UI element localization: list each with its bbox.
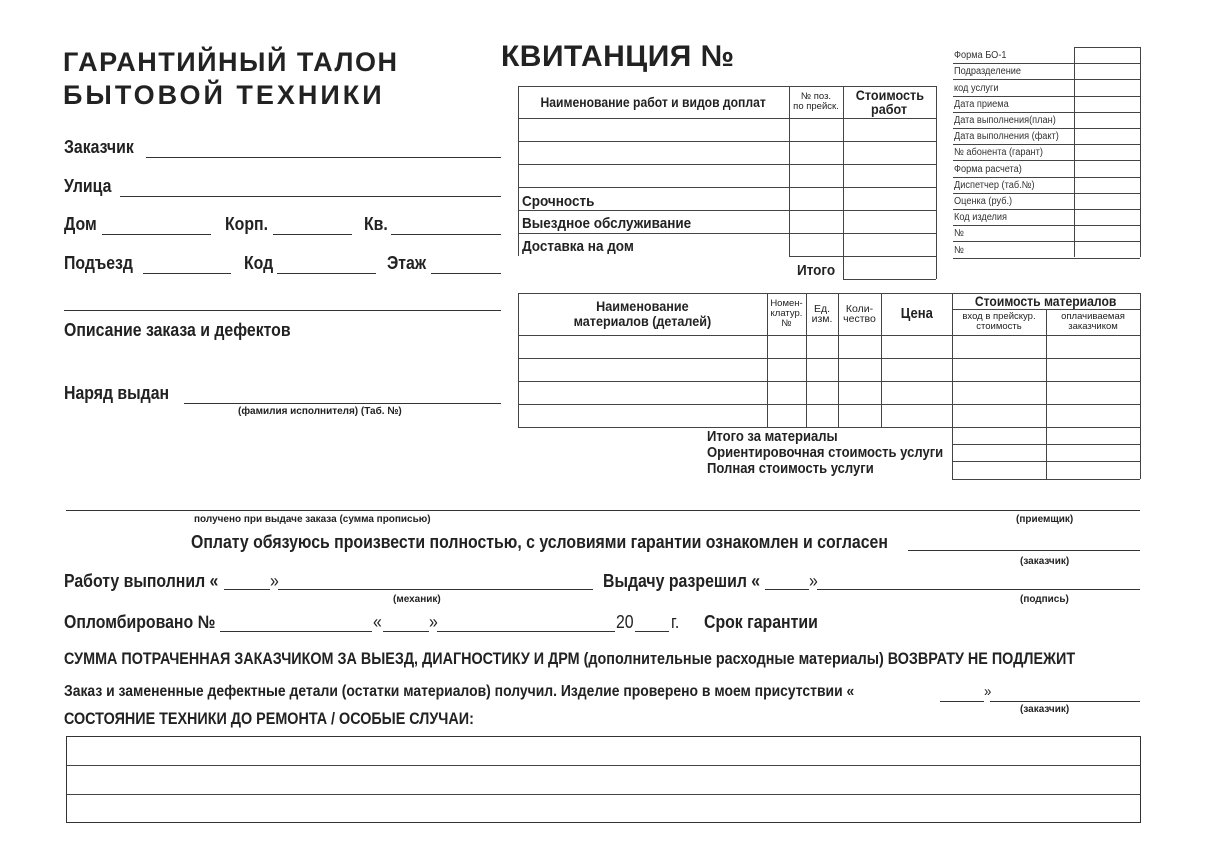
received-quote: » bbox=[984, 683, 991, 700]
sealed-month-field[interactable] bbox=[437, 631, 615, 632]
year-field[interactable] bbox=[635, 631, 669, 632]
receiver-hint: (приемщик) bbox=[1016, 513, 1073, 525]
customer-signature-field[interactable] bbox=[908, 550, 1140, 551]
sealed-quote-open: « bbox=[373, 612, 382, 633]
material-nomenclature-cell[interactable] bbox=[768, 405, 806, 427]
received-day-field[interactable] bbox=[940, 701, 984, 702]
sealed-number-field[interactable] bbox=[220, 631, 372, 632]
works-header-pos: № поз. по прейск. bbox=[789, 86, 843, 118]
works-row-delivery[interactable]: Доставка на дом bbox=[522, 238, 634, 255]
work-done-field[interactable] bbox=[278, 589, 593, 590]
form-info-label: № абонента (гарант) bbox=[954, 147, 1043, 158]
form-info-label: Оценка (руб.) bbox=[954, 196, 1012, 207]
material-cost-paid-cell[interactable] bbox=[1047, 359, 1140, 381]
material-nomenclature-cell[interactable] bbox=[768, 336, 806, 358]
summary-pricelist-cell[interactable] bbox=[953, 462, 1046, 479]
works-cost-cell[interactable] bbox=[844, 165, 936, 187]
mechanic-hint: (механик) bbox=[393, 593, 441, 605]
works-pos-cell[interactable] bbox=[790, 119, 843, 141]
condition-box bbox=[66, 736, 1141, 823]
materials-header-quantity: Коли- чество bbox=[838, 293, 881, 335]
materials-summary-estimate: Ориентировочная стоимость услуги bbox=[707, 446, 943, 461]
material-quantity-cell[interactable] bbox=[839, 359, 881, 381]
material-nomenclature-cell[interactable] bbox=[768, 382, 806, 404]
works-name-cell[interactable] bbox=[519, 165, 788, 187]
sealed-day-field[interactable] bbox=[383, 631, 429, 632]
works-pos-cell[interactable] bbox=[790, 165, 843, 187]
material-unit-cell[interactable] bbox=[807, 382, 838, 404]
form-info-label: Дата выполнения (факт) bbox=[954, 131, 1059, 142]
sealed-quote-close: » bbox=[429, 612, 438, 633]
non-refund-text: СУММА ПОТРАЧЕННАЯ ЗАКАЗЧИКОМ ЗА ВЫЕЗД, Д… bbox=[64, 650, 1075, 669]
material-unit-cell[interactable] bbox=[807, 359, 838, 381]
warranty-period-label: Срок гарантии bbox=[704, 612, 818, 633]
form-info-value[interactable] bbox=[1075, 113, 1139, 128]
received-hint: получено при выдаче заказа (сумма пропис… bbox=[194, 513, 431, 525]
works-cost-cell[interactable] bbox=[844, 119, 936, 141]
materials-header-price: Цена bbox=[881, 293, 952, 335]
form-info-label: Диспетчер (таб.№) bbox=[954, 180, 1035, 191]
form-info-label: № bbox=[954, 245, 964, 256]
material-name-cell[interactable] bbox=[519, 382, 767, 404]
material-quantity-cell[interactable] bbox=[839, 405, 881, 427]
signature-hint: (подпись) bbox=[1020, 593, 1069, 605]
material-name-cell[interactable] bbox=[519, 405, 767, 427]
customer-hint: (заказчик) bbox=[1020, 555, 1069, 567]
form-info-label: Код изделия bbox=[954, 212, 1007, 223]
form-info-value[interactable] bbox=[1075, 178, 1139, 193]
apartment-field[interactable] bbox=[391, 234, 501, 235]
material-cost-paid-cell[interactable] bbox=[1047, 336, 1140, 358]
form-info-value[interactable] bbox=[1075, 80, 1139, 95]
material-cost-pricelist-cell[interactable] bbox=[953, 405, 1046, 427]
form-info-value[interactable] bbox=[1075, 226, 1139, 241]
works-header-cost: Стоимость работ bbox=[843, 86, 936, 118]
form-info-value[interactable] bbox=[1075, 48, 1139, 63]
works-cost-cell[interactable] bbox=[844, 188, 936, 210]
material-cost-pricelist-cell[interactable] bbox=[953, 382, 1046, 404]
works-row-urgency[interactable]: Срочность bbox=[522, 193, 594, 210]
material-price-cell[interactable] bbox=[882, 382, 952, 404]
summary-pricelist-cell[interactable] bbox=[953, 428, 1046, 444]
works-cost-cell[interactable] bbox=[844, 211, 936, 233]
form-info-value[interactable] bbox=[1075, 129, 1139, 144]
condition-row[interactable] bbox=[67, 795, 1140, 823]
street-label: Улица bbox=[64, 176, 111, 197]
materials-summary-full: Полная стоимость услуги bbox=[707, 462, 874, 477]
material-unit-cell[interactable] bbox=[807, 405, 838, 427]
form-info-value[interactable] bbox=[1075, 210, 1139, 225]
material-price-cell[interactable] bbox=[882, 359, 952, 381]
summary-paid-cell[interactable] bbox=[1047, 462, 1140, 479]
form-info-label: Форма расчета) bbox=[954, 164, 1022, 175]
material-quantity-cell[interactable] bbox=[839, 336, 881, 358]
order-issued-label: Наряд выдан bbox=[64, 383, 169, 404]
form-info-value[interactable] bbox=[1075, 64, 1139, 79]
material-cost-pricelist-cell[interactable] bbox=[953, 336, 1046, 358]
material-price-cell[interactable] bbox=[882, 336, 952, 358]
form-info-value[interactable] bbox=[1075, 145, 1139, 160]
entrance-field[interactable] bbox=[143, 273, 231, 274]
material-quantity-cell[interactable] bbox=[839, 382, 881, 404]
house-field[interactable] bbox=[102, 234, 211, 235]
form-info-value[interactable] bbox=[1075, 161, 1139, 176]
material-price-cell[interactable] bbox=[882, 405, 952, 427]
year-prefix: 20 bbox=[616, 612, 634, 633]
form-info-label: № bbox=[954, 228, 964, 239]
release-field[interactable] bbox=[817, 589, 1140, 590]
material-unit-cell[interactable] bbox=[807, 336, 838, 358]
code-field[interactable] bbox=[277, 273, 376, 274]
payment-text: Оплату обязуюсь произвести полностью, с … bbox=[191, 532, 888, 553]
street-field[interactable] bbox=[120, 196, 501, 197]
warranty-title-line2: БЫТОВОЙ ТЕХНИКИ bbox=[63, 80, 385, 111]
works-header-name: Наименование работ и видов доплат bbox=[518, 86, 789, 118]
floor-field[interactable] bbox=[431, 273, 501, 274]
materials-header-cost-pricelist: вход в прейскур. стоимость bbox=[952, 309, 1046, 335]
order-issued-hint: (фамилия исполнителя) (Таб. №) bbox=[238, 405, 402, 417]
form-info-value[interactable] bbox=[1075, 242, 1139, 257]
summary-paid-cell[interactable] bbox=[1047, 428, 1140, 444]
form-info-label: Подразделение bbox=[954, 66, 1021, 77]
form-info-label: код услуги bbox=[954, 83, 999, 94]
material-cost-paid-cell[interactable] bbox=[1047, 382, 1140, 404]
summary-paid-cell[interactable] bbox=[1047, 445, 1140, 461]
condition-label: СОСТОЯНИЕ ТЕХНИКИ ДО РЕМОНТА / ОСОБЫЕ СЛ… bbox=[64, 710, 474, 729]
building-field[interactable] bbox=[273, 234, 352, 235]
house-label: Дом bbox=[64, 214, 97, 235]
customer-field[interactable] bbox=[146, 157, 501, 158]
works-cost-cell[interactable] bbox=[844, 142, 936, 164]
customer-hint-2: (заказчик) bbox=[1020, 703, 1069, 715]
works-total-value[interactable] bbox=[844, 257, 936, 279]
condition-row[interactable] bbox=[67, 766, 1140, 794]
materials-header-unit: Ед. изм. bbox=[806, 293, 838, 335]
description-label: Описание заказа и дефектов bbox=[64, 320, 291, 341]
material-name-cell[interactable] bbox=[519, 359, 767, 381]
year-suffix: г. bbox=[671, 612, 679, 633]
sealed-label: Опломбировано № bbox=[64, 612, 215, 633]
customer-label: Заказчик bbox=[64, 137, 134, 158]
works-cost-cell[interactable] bbox=[844, 234, 936, 256]
works-row-onsite[interactable]: Выездное обслуживание bbox=[522, 215, 691, 232]
form-info-label: Форма БО-1 bbox=[954, 50, 1006, 61]
release-day-field[interactable] bbox=[765, 589, 809, 590]
materials-header-cost-paid: оплачиваемая заказчиком bbox=[1046, 309, 1140, 335]
material-cost-pricelist-cell[interactable] bbox=[953, 359, 1046, 381]
received-parts-text: Заказ и замененные дефектные детали (ост… bbox=[64, 683, 854, 701]
work-done-day-field[interactable] bbox=[224, 589, 270, 590]
condition-row[interactable] bbox=[67, 737, 1140, 765]
entrance-label: Подъезд bbox=[64, 253, 133, 274]
receipt-title: КВИТАНЦИЯ № bbox=[501, 40, 735, 74]
works-pos-cell[interactable] bbox=[790, 234, 843, 256]
form-info-label: Дата приема bbox=[954, 99, 1009, 110]
material-cost-paid-cell[interactable] bbox=[1047, 405, 1140, 427]
materials-header-cost-group: Стоимость материалов bbox=[952, 293, 1140, 309]
works-pos-cell[interactable] bbox=[790, 188, 843, 210]
form-info-label: Дата выполнения(план) bbox=[954, 115, 1056, 126]
work-done-label: Работу выполнил « bbox=[64, 571, 218, 592]
works-name-cell[interactable] bbox=[519, 142, 788, 164]
works-pos-cell[interactable] bbox=[790, 142, 843, 164]
building-label: Корп. bbox=[225, 214, 268, 235]
material-nomenclature-cell[interactable] bbox=[768, 359, 806, 381]
materials-summary-total: Итого за материалы bbox=[707, 430, 838, 445]
form-info-value[interactable] bbox=[1075, 194, 1139, 209]
materials-header-nomenclature: Номен- клатур. № bbox=[767, 293, 806, 335]
order-issued-field[interactable] bbox=[184, 403, 501, 404]
works-total-label: Итого bbox=[797, 262, 835, 279]
works-pos-cell[interactable] bbox=[790, 211, 843, 233]
received-signature-field[interactable] bbox=[990, 701, 1140, 702]
code-label: Код bbox=[244, 253, 273, 274]
form-info-value[interactable] bbox=[1075, 97, 1139, 112]
warranty-title-line1: ГАРАНТИЙНЫЙ ТАЛОН bbox=[63, 47, 398, 78]
materials-header-name: Наименование материалов (деталей) bbox=[518, 293, 767, 335]
release-label: Выдачу разрешил « bbox=[603, 571, 760, 592]
blank-line[interactable] bbox=[64, 310, 501, 311]
works-name-cell[interactable] bbox=[519, 119, 788, 141]
floor-label: Этаж bbox=[387, 253, 426, 274]
apartment-label: Кв. bbox=[364, 214, 388, 235]
material-name-cell[interactable] bbox=[519, 336, 767, 358]
amount-in-words-field[interactable] bbox=[66, 510, 1140, 511]
summary-pricelist-cell[interactable] bbox=[953, 445, 1046, 461]
